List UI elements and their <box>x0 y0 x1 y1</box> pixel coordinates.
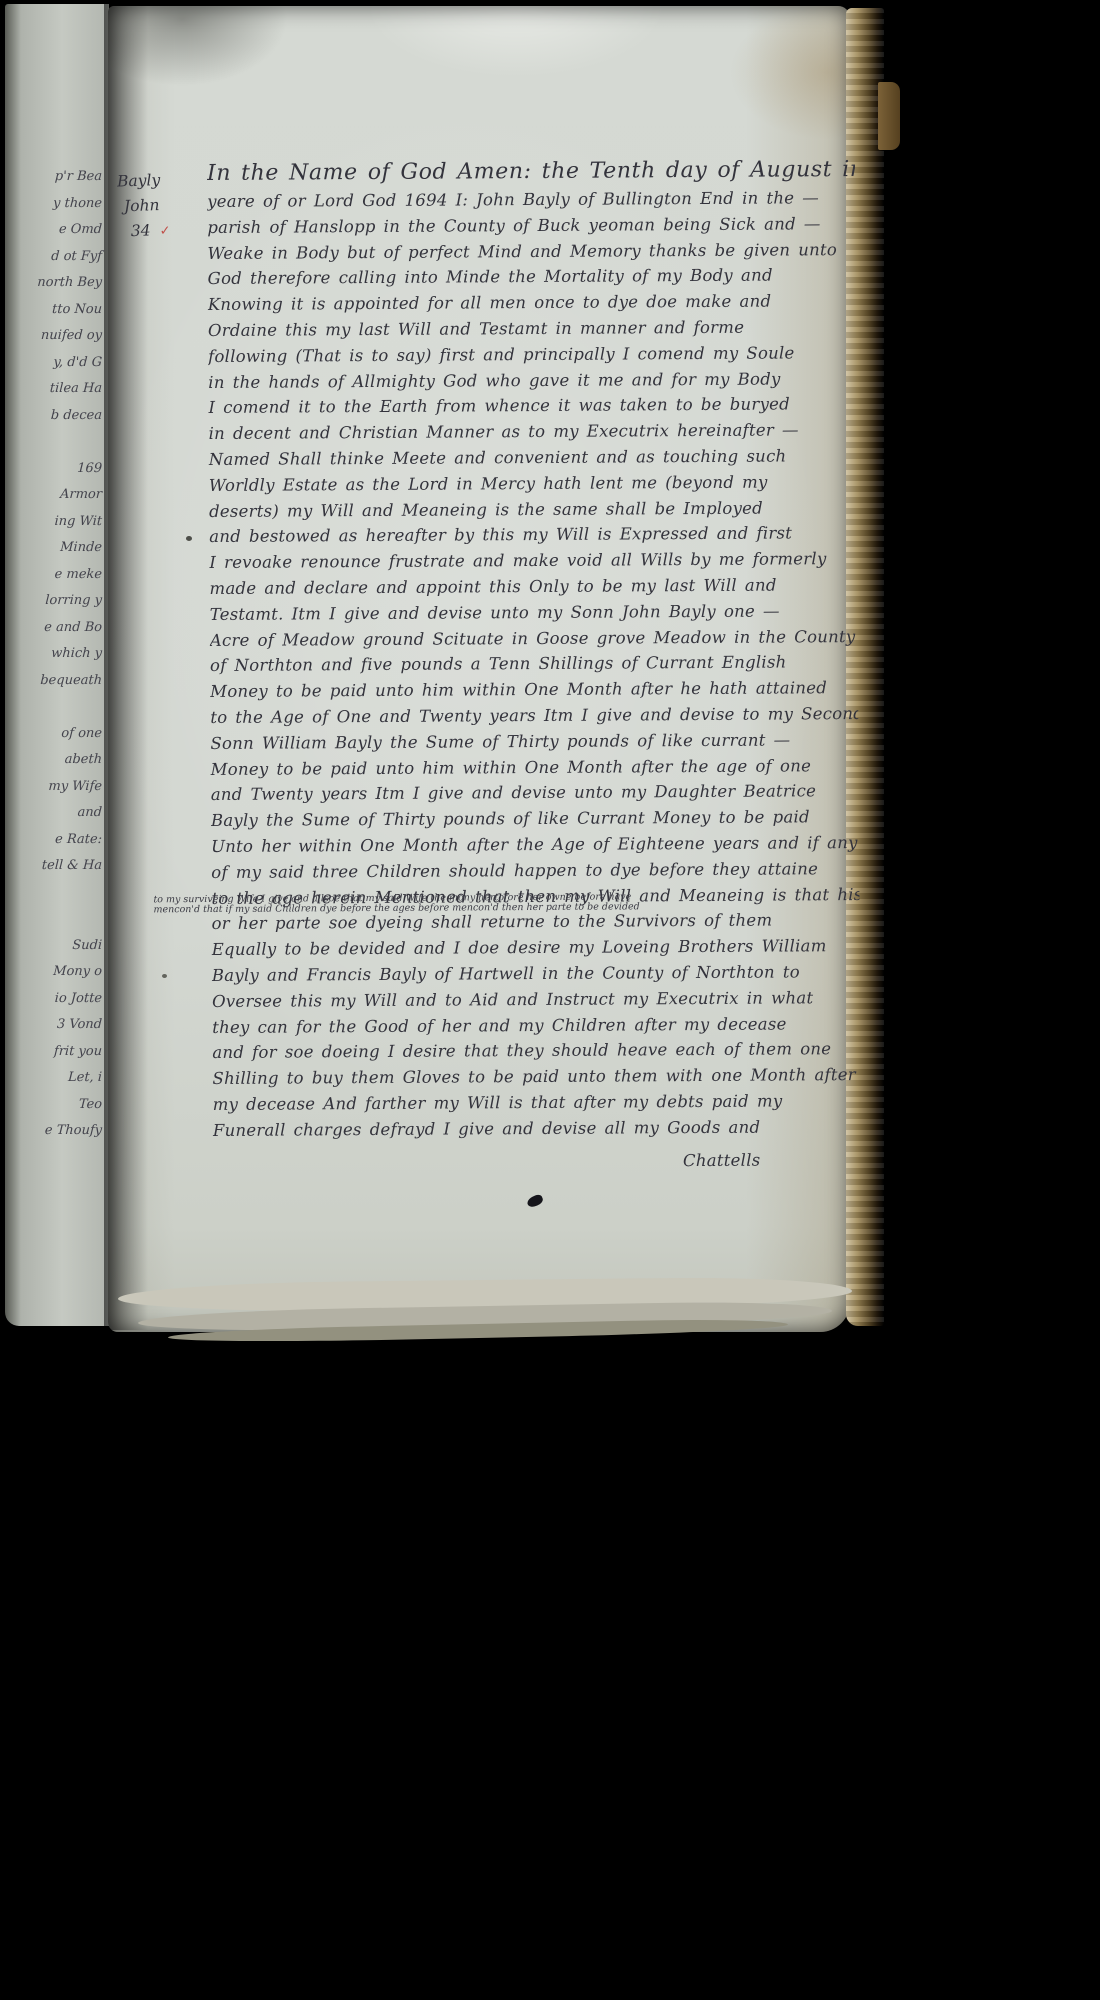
will-line: of my said three Children should happen … <box>211 856 859 886</box>
facing-page-text-fragment: Minde <box>5 535 109 562</box>
margin-note-number: 34 <box>131 221 151 240</box>
will-line: Oversee this my Will and to Aid and Inst… <box>212 985 860 1015</box>
facing-page-text-fragment: abeth <box>5 747 109 774</box>
catchword: Chattells <box>213 1147 861 1177</box>
facing-page-text-fragment: tell & Ha <box>5 853 109 880</box>
will-line: Testamt. Itm I give and devise unto my S… <box>210 598 858 628</box>
photo-background: p'r Bea y thone e Omd d ot Fyf north Bey… <box>0 0 1100 2000</box>
facing-page-text-fragment: lorring y <box>5 588 109 615</box>
facing-page-text-fragment: e Omd <box>5 217 109 244</box>
facing-page-text-fragment <box>5 694 109 721</box>
will-line: God therefore calling into Minde the Mor… <box>208 262 856 292</box>
facing-page-text-fragment: tilea Ha <box>5 376 109 403</box>
will-line: Weake in Body but of perfect Mind and Me… <box>207 237 855 267</box>
facing-page-text-fragment: y, d'd G <box>5 350 109 377</box>
will-line: Unto her within One Month after the Age … <box>211 830 859 860</box>
facing-page-text-fragment: tto Nou <box>5 297 109 324</box>
facing-page-text-fragment: 3 Vond <box>5 1012 109 1039</box>
will-line: and Twenty years Itm I give and devise u… <box>211 778 859 808</box>
facing-page-text-fragment: Teo <box>5 1092 109 1119</box>
will-line: Sonn William Bayly the Sume of Thirty po… <box>210 727 858 757</box>
facing-page-text-fragment: bequeath <box>5 668 109 695</box>
facing-page-text-fragment: and <box>5 800 109 827</box>
will-line: of Northton and five pounds a Tenn Shill… <box>210 649 858 679</box>
facing-page-text-fragment: p'r Bea <box>5 164 109 191</box>
will-line: Funerall charges defrayd I give and devi… <box>213 1114 861 1144</box>
will-line: and bestowed as hereafter by this my Wil… <box>209 520 857 550</box>
will-line: they can for the Good of her and my Chil… <box>212 1011 860 1041</box>
facing-page-text-fragment: which y <box>5 641 109 668</box>
will-line: or her parte soe dyeing shall returne to… <box>211 907 859 937</box>
facing-page-text-fragment: Sudi <box>5 933 109 960</box>
will-text: In the Name of God Amen: the Tenth day o… <box>207 154 861 1177</box>
facing-page-text-fragment: b decea <box>5 403 109 430</box>
will-line: made and declare and appoint this Only t… <box>209 572 857 602</box>
will-line: Money to be paid unto him within One Mon… <box>210 675 858 705</box>
will-line: my decease And farther my Will is that a… <box>213 1088 861 1118</box>
page-edge-tab <box>878 82 900 150</box>
facing-page-text-fragment: io Jotte <box>5 986 109 1013</box>
will-line: in the hands of Allmighty God who gave i… <box>208 366 856 396</box>
facing-page-text-fragment: e Rate: <box>5 827 109 854</box>
will-line: Knowing it is appointed for all men once… <box>208 288 856 318</box>
fox-spot <box>162 974 167 978</box>
margin-note-given-name: John <box>118 192 205 220</box>
fox-spot <box>186 536 192 541</box>
margin-note: Bayly John 34✓ <box>117 167 206 246</box>
facing-page-text-fragment <box>5 906 109 933</box>
will-line: In the Name of God Amen: the Tenth day o… <box>207 154 855 189</box>
will-line: following (That is to say) first and pri… <box>208 340 856 370</box>
margin-note-surname: Bayly <box>117 167 204 195</box>
will-line: yeare of or Lord God 1694 I: John Bayly … <box>207 185 855 215</box>
will-line: I comend it to the Earth from whence it … <box>208 391 856 421</box>
facing-page-text-fragment: Mony o <box>5 959 109 986</box>
will-line: Named Shall thinke Meete and convenient … <box>209 443 857 473</box>
facing-page-text-fragment: e Thoufy <box>5 1118 109 1145</box>
will-line: Money to be paid unto him within One Mon… <box>211 753 859 783</box>
facing-page-text-fragment: e meke <box>5 562 109 589</box>
facing-page-text-fragment: e and Bo <box>5 615 109 642</box>
facing-page-text-fragment <box>5 880 109 907</box>
facing-page-sliver: p'r Bea y thone e Omd d ot Fyf north Bey… <box>5 4 109 1326</box>
facing-page-text-fragment: nuifed oy <box>5 323 109 350</box>
will-line: Shilling to buy them Gloves to be paid u… <box>212 1062 860 1092</box>
facing-page-text-fragment <box>5 429 109 456</box>
will-line: Worldly Estate as the Lord in Mercy hath… <box>209 469 857 499</box>
will-line: Bayly the Sume of Thirty pounds of like … <box>211 804 859 834</box>
will-line: deserts) my Will and Meaneing is the sam… <box>209 495 857 525</box>
facing-page-text-fragment: Let, i <box>5 1065 109 1092</box>
facing-page-text-fragment: 169 <box>5 456 109 483</box>
facing-page-fragments: p'r Bea y thone e Omd d ot Fyf north Bey… <box>5 164 109 1145</box>
facing-page-text-fragment: d ot Fyf <box>5 244 109 271</box>
will-line: and for soe doeing I desire that they sh… <box>212 1036 860 1066</box>
will-line: Ordaine this my last Will and Testamt in… <box>208 314 856 344</box>
margin-note-number-row: 34✓ <box>118 216 205 245</box>
will-line: parish of Hanslopp in the County of Buck… <box>207 211 855 241</box>
will-line: I revoake renounce frustrate and make vo… <box>209 546 857 576</box>
red-checkmark: ✓ <box>159 224 170 239</box>
will-line: Bayly and Francis Bayly of Hartwell in t… <box>212 959 860 989</box>
facing-page-text-fragment: my Wife <box>5 774 109 801</box>
facing-page-text-fragment: frit you <box>5 1039 109 1066</box>
facing-page-text-fragment: of one <box>5 721 109 748</box>
facing-page-text-fragment: ing Wit <box>5 509 109 536</box>
facing-page-text-fragment: north Bey <box>5 270 109 297</box>
will-line: to the Age of One and Twenty years Itm I… <box>210 701 858 731</box>
facing-page-text-fragment: Armor <box>5 482 109 509</box>
facing-page-text-fragment: y thone <box>5 191 109 218</box>
will-line: Equally to be devided and I doe desire m… <box>212 933 860 963</box>
will-line: Acre of Meadow ground Scituate in Goose … <box>210 624 858 654</box>
will-line: in decent and Christian Manner as to my … <box>209 417 857 447</box>
